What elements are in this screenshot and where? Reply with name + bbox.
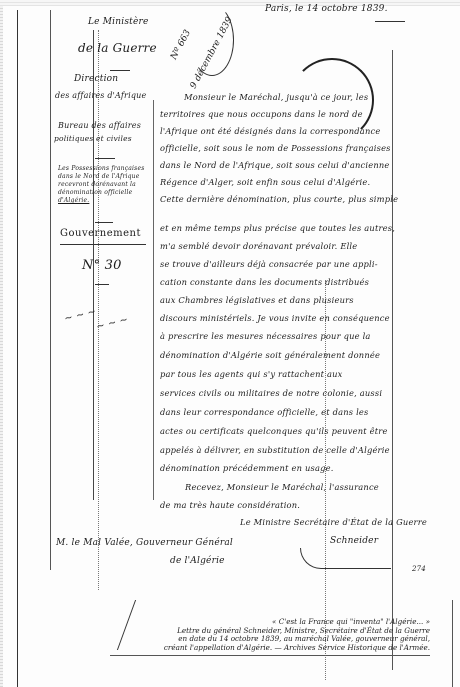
- marginal-note-line: dans le Nord de l'Afrique: [58, 173, 139, 180]
- body-line: dénomination précédemment en usage.: [160, 463, 450, 473]
- ruling-line: [50, 10, 51, 570]
- body-line: services civils ou militaires de notre c…: [160, 388, 450, 398]
- body-line: à prescrire les mesures nécessaires pour…: [160, 331, 450, 341]
- folio-mark: 274: [412, 565, 426, 573]
- margin-rule-line: [153, 100, 154, 500]
- number-underline: [95, 284, 109, 285]
- marginal-note-line: dénomination officielle: [58, 189, 132, 196]
- body-salutation: Monsieur le Maréchal, jusqu'à ce jour, l…: [184, 92, 454, 102]
- body-line: aux Chambres législatives et dans plusie…: [160, 295, 450, 305]
- marginal-divider: [95, 222, 113, 223]
- body-line: officielle, soit sous le nom de Possessi…: [160, 143, 450, 153]
- body-line: se trouve d'ailleurs déjà consacrée par …: [160, 259, 450, 269]
- letterhead-divider: [95, 158, 115, 159]
- date-underline: [375, 21, 405, 22]
- dotted-guide-line: [98, 30, 100, 590]
- marginal-note-line: recevront dorénavant la: [58, 181, 136, 188]
- section-heading-underline: [60, 244, 146, 245]
- letterhead-bureau-1: Bureau des affaires: [58, 121, 141, 130]
- margin-scribble: ~ ~ ~: [95, 314, 129, 333]
- body-line: dénomination d'Algérie soit généralement…: [160, 350, 450, 360]
- body-line: Régence d'Alger, soit enfin sous celui d…: [160, 177, 450, 187]
- marginal-note-line: d'Algérie.: [58, 197, 89, 204]
- ruling-line: [17, 10, 18, 687]
- letterhead-direction-name: des affaires d'Afrique: [55, 91, 146, 100]
- scan-top-edge: [0, 0, 460, 6]
- body-line: dans leur correspondance officielle, et …: [160, 407, 450, 417]
- closing-line-2: de ma très haute considération.: [160, 500, 450, 510]
- scan-left-edge: [0, 6, 3, 687]
- caption-bracket: [117, 600, 144, 650]
- body-line: et en même temps plus précise que toutes…: [160, 223, 450, 233]
- archive-caption: « C'est la France qui "inventa" l'Algéri…: [150, 618, 430, 652]
- letterhead-bureau-2: politiques et civiles: [54, 134, 132, 143]
- body-line: dans le Nord de l'Afrique, soit sous cel…: [160, 160, 450, 170]
- reference-bracket: [190, 4, 234, 76]
- scanned-letter-page: Paris, le 14 octobre 1839. Le Ministère …: [0, 0, 460, 687]
- body-line: Cette dernière dénomination, plus courte…: [160, 194, 450, 204]
- header-date: Paris, le 14 octobre 1839.: [265, 4, 388, 14]
- signature: Schneider: [330, 536, 378, 546]
- letterhead-ministry: Le Ministère: [88, 17, 149, 27]
- signature-flourish: [300, 548, 391, 569]
- signatory-title: Le Ministre Secrétaire d'État de la Guer…: [240, 517, 455, 527]
- caption-underline: [110, 655, 430, 656]
- body-line: l'Afrique ont été désignés dans la corre…: [160, 126, 450, 136]
- addressee-line-2: de l'Algérie: [170, 556, 225, 566]
- body-line: actes ou certificats quelconques qu'ils …: [160, 426, 450, 436]
- letterhead-direction-label: Direction: [74, 74, 118, 84]
- section-heading: Gouvernement: [60, 228, 141, 239]
- body-line: par tous les agents qui s'y rattachent a…: [160, 369, 450, 379]
- marginal-note-line: Les Possessions françaises: [58, 165, 144, 172]
- document-number: N° 30: [82, 258, 122, 273]
- body-line: appelés à délivrer, en substitution de c…: [160, 445, 450, 455]
- closing-line-1: Recevez, Monsieur le Maréchal, l'assuran…: [185, 482, 455, 492]
- ruling-line: [452, 600, 453, 687]
- letterhead-ministry-of: de la Guerre: [78, 41, 157, 55]
- body-line: m'a semblé devoir dorénavant prévaloir. …: [160, 241, 450, 251]
- addressee-line-1: M. le Mal Valée, Gouverneur Général: [56, 538, 233, 548]
- letterhead-divider: [110, 70, 130, 71]
- caption-line-3: créant l'appellation d'Algérie. — Archiv…: [150, 644, 430, 653]
- body-line: discours ministériels. Je vous invite en…: [160, 313, 450, 323]
- body-line: territoires que nous occupons dans le no…: [160, 109, 450, 119]
- body-line: cation constante dans les documents dist…: [160, 277, 450, 287]
